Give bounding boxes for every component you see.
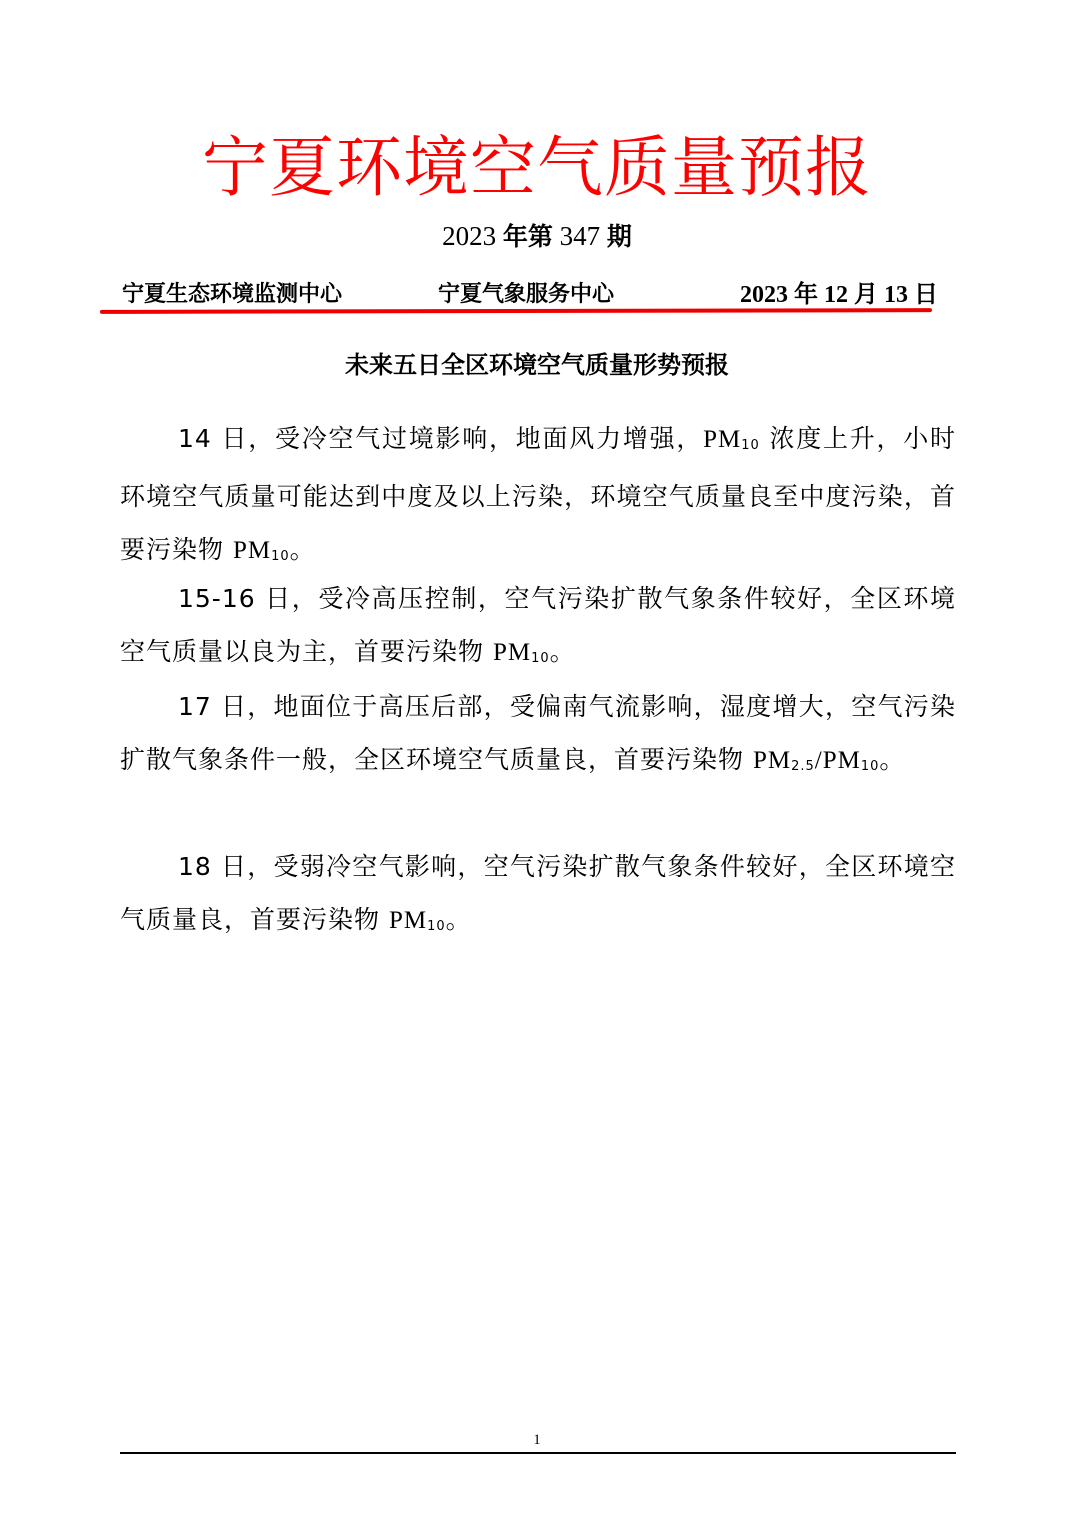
- page-number: 1: [0, 1432, 1074, 1449]
- forecast-paragraph-14: 14 日，受冷空气过境影响，地面风力增强，PM10 浓度上升，小时环境空气质量可…: [120, 412, 956, 581]
- pollutant-subscript: 2.5: [791, 759, 815, 774]
- pollutant-label: PM: [389, 907, 427, 934]
- red-header-rule: [100, 308, 932, 314]
- section-title: 未来五日全区环境空气质量形势预报: [0, 348, 1074, 382]
- para-text: 14 日，受冷空气过境影响，地面风力增强，: [178, 424, 703, 453]
- forecast-paragraph-18: 18 日，受弱冷空气影响，空气污染扩散气象条件较好，全区环境空气质量良，首要污染…: [120, 840, 956, 951]
- issuer-meteorology-center: 宁夏气象服务中心: [438, 280, 614, 310]
- issue-num: 347: [560, 221, 601, 251]
- issue-number: 2023 年第 347 期: [0, 218, 1074, 255]
- para-end: 。: [550, 637, 576, 666]
- footer-rule: [120, 1452, 956, 1454]
- issuer-ecology-center: 宁夏生态环境监测中心: [122, 280, 342, 310]
- forecast-paragraph-15-16: 15-16 日，受冷高压控制，空气污染扩散气象条件较好，全区环境空气质量以良为主…: [120, 572, 956, 683]
- issue-year: 2023: [442, 221, 496, 251]
- pollutant-label: PM: [703, 426, 741, 453]
- pollutant-subscript: 10: [741, 438, 760, 453]
- para-end: 。: [879, 745, 905, 774]
- pollutant-label: PM: [233, 537, 271, 564]
- issue-year-unit: 年第: [503, 222, 553, 251]
- masthead-title: 宁夏环境空气质量预报: [0, 128, 1074, 208]
- para-end: 。: [290, 535, 316, 564]
- pollutant-label: /PM: [815, 747, 861, 774]
- para-text: 18 日，受弱冷空气影响，空气污染扩散气象条件较好，全区环境空气质量良，首要污染…: [120, 852, 956, 934]
- pollutant-label: PM: [493, 639, 531, 666]
- pollutant-subscript: 10: [427, 919, 446, 934]
- pollutant-subscript: 10: [861, 759, 880, 774]
- pollutant-subscript: 10: [531, 651, 550, 666]
- issue-date: 2023 年 12 月 13 日: [740, 280, 938, 310]
- pollutant-subscript: 10: [271, 549, 290, 564]
- forecast-paragraph-17: 17 日，地面位于高压后部，受偏南气流影响，湿度增大，空气污染扩散气象条件一般，…: [120, 680, 956, 791]
- para-end: 。: [446, 905, 472, 934]
- issue-num-unit: 期: [607, 222, 632, 251]
- pollutant-label: PM: [753, 747, 791, 774]
